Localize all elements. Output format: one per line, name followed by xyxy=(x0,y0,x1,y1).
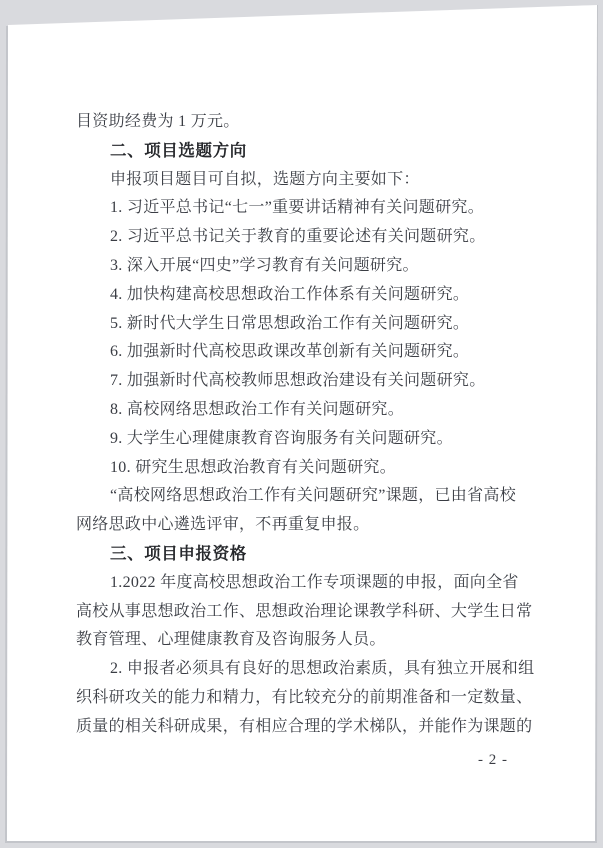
document-body: 目资助经费为 1 万元。 二、项目选题方向 申报项目题目可自拟，选题方向主要如下… xyxy=(76,108,536,742)
page-number: - 2 - xyxy=(76,750,536,770)
eligibility-item-1-line-3: 教育管理、心理健康教育及咨询服务人员。 xyxy=(76,626,536,655)
note-paragraph-line-1: “高校网络思想政治工作有关问题研究”课题，已由省高校 xyxy=(76,482,536,511)
scanned-document-view: 目资助经费为 1 万元。 二、项目选题方向 申报项目题目可自拟，选题方向主要如下… xyxy=(0,0,603,848)
topic-item-9: 9. 大学生心理健康教育咨询服务有关问题研究。 xyxy=(76,425,536,454)
heading-section-3-eligibility: 三、项目申报资格 xyxy=(76,540,536,569)
document-page: 目资助经费为 1 万元。 二、项目选题方向 申报项目题目可自拟，选题方向主要如下… xyxy=(0,0,603,848)
eligibility-item-1-line-2: 高校从事思想政治工作、思想政治理论课教学科研、大学生日常 xyxy=(76,598,536,627)
intro-continuation-line: 目资助经费为 1 万元。 xyxy=(76,108,536,137)
note-paragraph-line-2: 网络思政中心遴选评审，不再重复申报。 xyxy=(76,511,536,540)
topic-item-1: 1. 习近平总书记“七一”重要讲话精神有关问题研究。 xyxy=(76,194,536,223)
eligibility-item-2-line-1: 2. 申报者必须具有良好的思想政治素质，具有独立开展和组 xyxy=(76,655,536,684)
eligibility-item-2-line-2: 织科研攻关的能力和精力，有比较充分的前期准备和一定数量、 xyxy=(76,684,536,713)
eligibility-item-2-line-3: 质量的相关科研成果，有相应合理的学术梯队，并能作为课题的 xyxy=(76,713,536,742)
topic-item-8: 8. 高校网络思想政治工作有关问题研究。 xyxy=(76,396,536,425)
topic-item-4: 4. 加快构建高校思想政治工作体系有关问题研究。 xyxy=(76,281,536,310)
topic-item-10: 10. 研究生思想政治教育有关问题研究。 xyxy=(76,454,536,483)
topic-item-3: 3. 深入开展“四史”学习教育有关问题研究。 xyxy=(76,252,536,281)
topic-item-5: 5. 新时代大学生日常思想政治工作有关问题研究。 xyxy=(76,310,536,339)
paragraph-topic-intro: 申报项目题目可自拟，选题方向主要如下： xyxy=(76,166,536,195)
heading-section-2-topic-directions: 二、项目选题方向 xyxy=(76,137,536,166)
eligibility-item-1-line-1: 1.2022 年度高校思想政治工作专项课题的申报，面向全省 xyxy=(76,569,536,598)
topic-item-2: 2. 习近平总书记关于教育的重要论述有关问题研究。 xyxy=(76,223,536,252)
topic-item-7: 7. 加强新时代高校教师思想政治建设有关问题研究。 xyxy=(76,367,536,396)
topic-item-6: 6. 加强新时代高校思政课改革创新有关问题研究。 xyxy=(76,338,536,367)
